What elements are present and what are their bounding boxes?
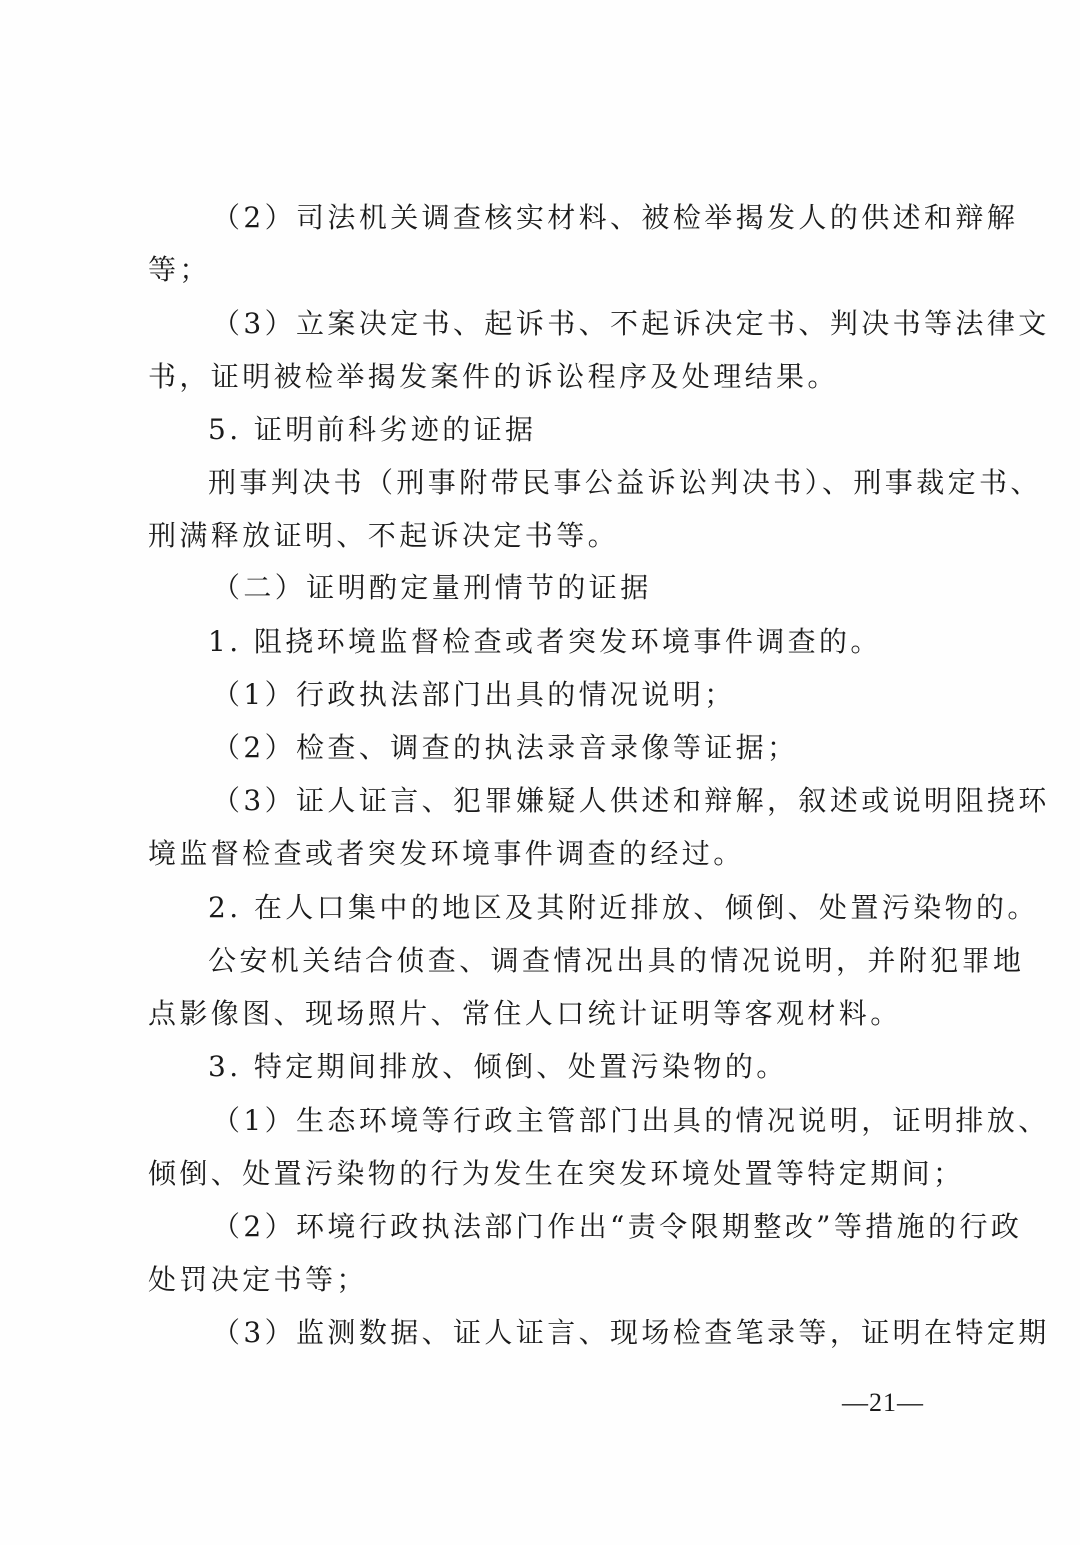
paragraph-line: 境监督检查或者突发环境事件调查的经过。 <box>148 834 958 874</box>
subsection-heading: 3. 特定期间排放、倾倒、处置污染物的。 <box>208 1047 958 1087</box>
paragraph-line: 刑满释放证明、不起诉决定书等。 <box>148 516 958 556</box>
section-heading: 5. 证明前科劣迹的证据 <box>208 410 958 450</box>
paragraph-line: （3）监测数据、证人证言、现场检查笔录等，证明在特定期 <box>212 1313 1022 1353</box>
paragraph-line: （2）环境行政执法部门作出“责令限期整改”等措施的行政 <box>212 1207 1022 1247</box>
paragraph-line: 点影像图、现场照片、常住人口统计证明等客观材料。 <box>148 994 958 1034</box>
subsection-heading: 2. 在人口集中的地区及其附近排放、倾倒、处置污染物的。 <box>208 888 958 928</box>
document-page: （2）司法机关调查核实材料、被检举揭发人的供述和辩解 等； （3）立案决定书、起… <box>0 0 1080 1545</box>
paragraph-line: 等； <box>148 250 958 290</box>
paragraph-line: （3）证人证言、犯罪嫌疑人供述和辩解，叙述或说明阻挠环 <box>212 781 1022 821</box>
page-number: —21— <box>842 1385 924 1421</box>
paragraph-line: 公安机关结合侦查、调查情况出具的情况说明，并附犯罪地 <box>208 941 958 981</box>
subsection-heading: 1. 阻挠环境监督检查或者突发环境事件调查的。 <box>208 622 958 662</box>
section-heading: （二）证明酌定量刑情节的证据 <box>212 568 1022 608</box>
paragraph-line: 刑事判决书（刑事附带民事公益诉讼判决书）、刑事裁定书、 <box>208 463 958 503</box>
paragraph-line: 处罚决定书等； <box>148 1260 958 1300</box>
paragraph-line: （2）司法机关调查核实材料、被检举揭发人的供述和辩解 <box>212 198 1022 238</box>
paragraph-line: （2）检查、调查的执法录音录像等证据； <box>212 728 1022 768</box>
paragraph-line: （1）行政执法部门出具的情况说明； <box>212 675 1022 715</box>
paragraph-line: （1）生态环境等行政主管部门出具的情况说明，证明排放、 <box>212 1101 1022 1141</box>
paragraph-line: 书，证明被检举揭发案件的诉讼程序及处理结果。 <box>148 357 958 397</box>
paragraph-line: （3）立案决定书、起诉书、不起诉决定书、判决书等法律文 <box>212 304 1022 344</box>
paragraph-line: 倾倒、处置污染物的行为发生在突发环境处置等特定期间； <box>148 1154 958 1194</box>
